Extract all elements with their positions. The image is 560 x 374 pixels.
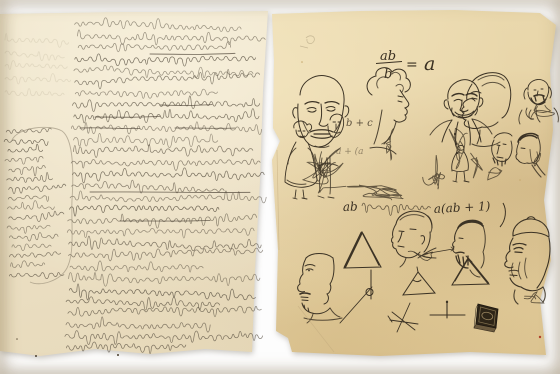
manuscript-photo: ab b = a b + c a + (a ab a(ab + 1) — [0, 0, 560, 374]
right-sketch-page — [0, 0, 560, 374]
right-page-shadow — [0, 0, 560, 374]
